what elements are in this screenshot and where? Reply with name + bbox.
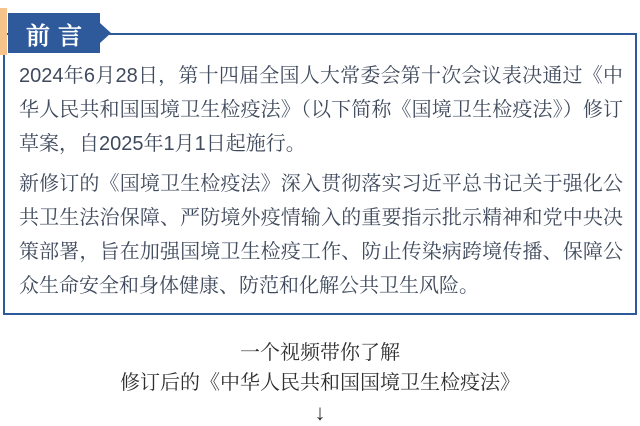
video-teaser: 一个视频带你了解 修订后的《中华人民共和国国境卫生检疫法》 ↓ [0,338,640,426]
teaser-line-1: 一个视频带你了解 [0,338,640,368]
accent-stripe [0,8,7,55]
down-arrow-icon: ↓ [0,398,640,426]
preface-infographic: 2024年6月28日，第十四届全国人大常委会第十次会议表决通过《中华人民共和国国… [0,0,640,426]
preface-content-box: 2024年6月28日，第十四届全国人大常委会第十次会议表决通过《中华人民共和国国… [3,33,637,315]
section-badge: 前言 [8,13,100,53]
paragraph-law-passage: 2024年6月28日，第十四届全国人大常委会第十次会议表决通过《中华人民共和国国… [19,59,623,161]
paragraph-law-purpose: 新修订的《国境卫生检疫法》深入贯彻落实习近平总书记关于强化公共卫生法治保障、严防… [19,167,623,303]
section-badge-label: 前言 [18,16,90,51]
badge-pointer-icon [100,23,111,43]
teaser-line-2: 修订后的《中华人民共和国国境卫生检疫法》 [0,368,640,398]
